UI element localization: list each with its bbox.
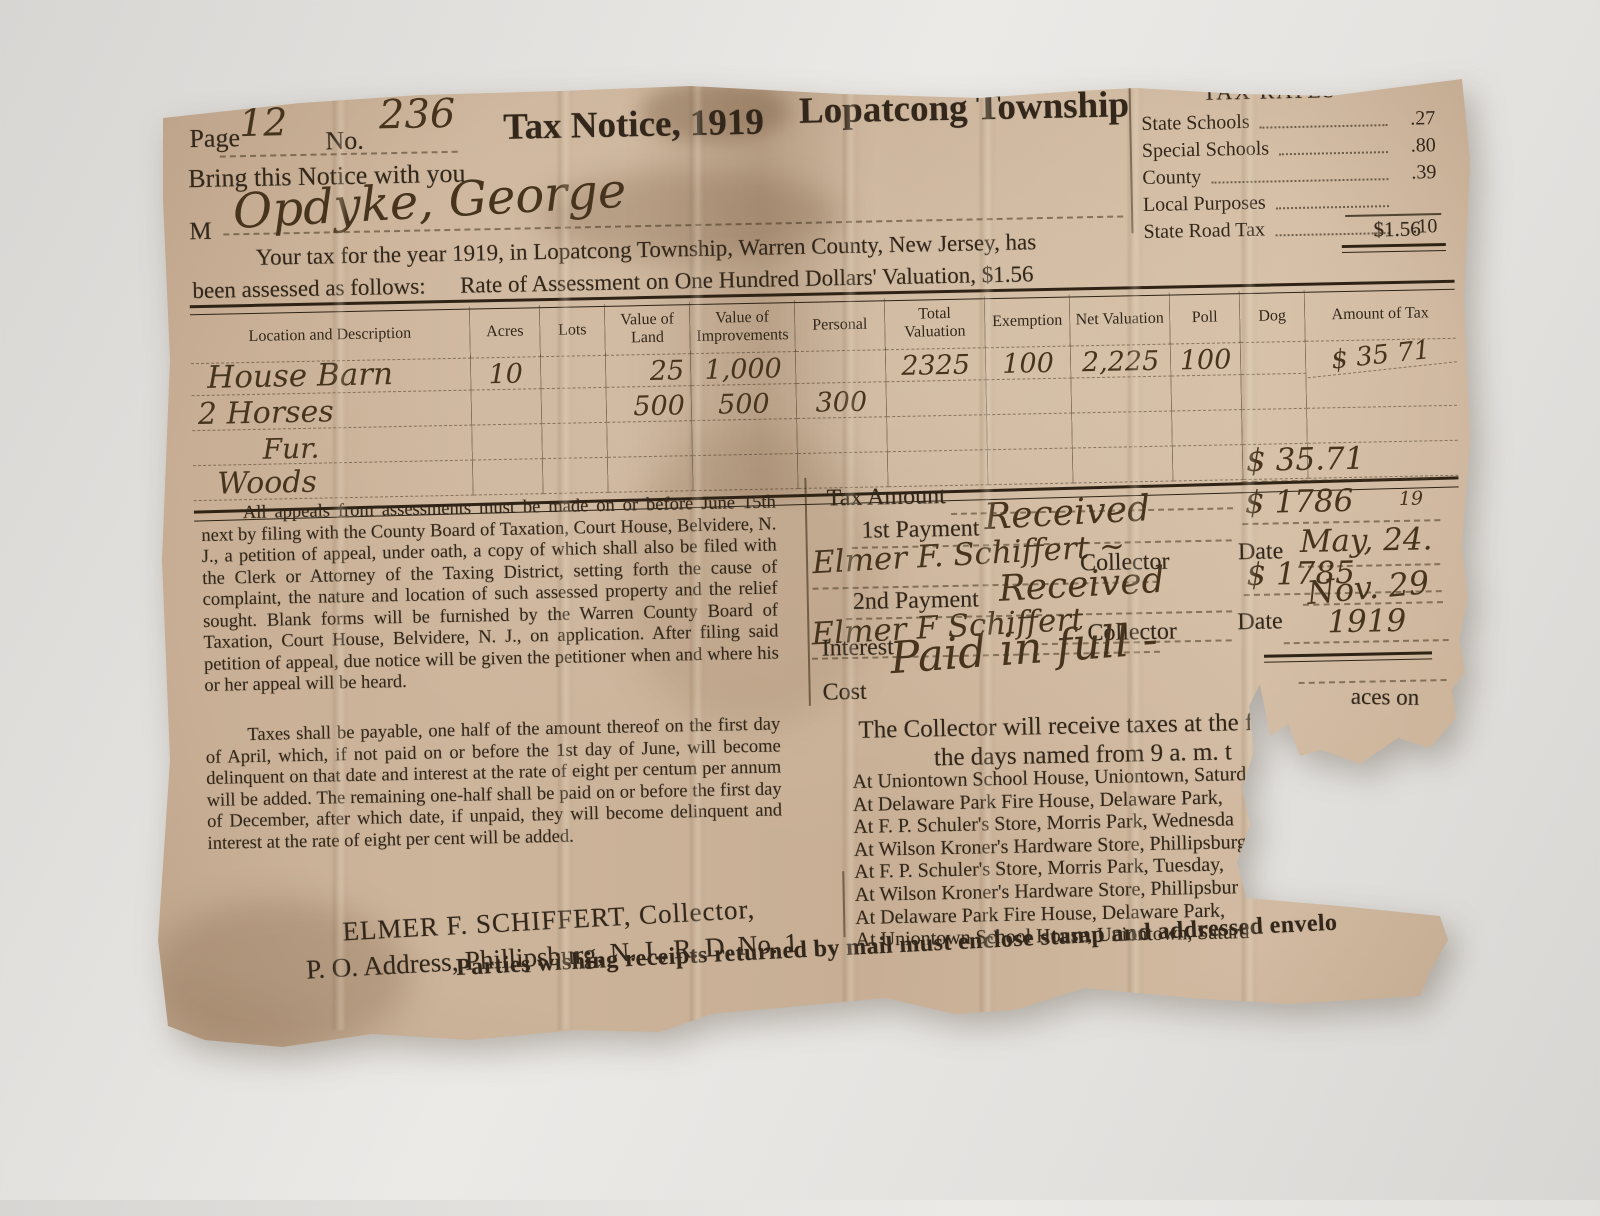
table-cell <box>1306 371 1457 409</box>
table-cell <box>543 458 609 494</box>
payment-divider <box>804 478 811 706</box>
first-payment-value: $ 1786 <box>1245 483 1354 521</box>
table-cell <box>692 419 798 456</box>
tax-rates-title: TAX RATES <box>1202 77 1337 106</box>
tax-rate-value: .80 <box>1396 134 1436 158</box>
page-label: Page <box>189 123 240 154</box>
table-cell <box>1071 377 1172 414</box>
table-header-cell: Exemption <box>985 295 1071 349</box>
table-cell: 25 <box>606 351 692 388</box>
paper-crease <box>843 80 857 1030</box>
name-prefix: M <box>189 218 212 246</box>
table-cell <box>1171 375 1242 411</box>
tax-rates-total: $1.56 <box>1373 216 1421 242</box>
dotted-leader <box>1276 205 1389 209</box>
table-cell <box>541 353 607 389</box>
table-cell: 2,225 <box>1071 342 1172 379</box>
paper-crease <box>1128 80 1142 1030</box>
table-header-cell: Acres <box>470 305 541 358</box>
table-cell: 500 <box>607 386 693 423</box>
table-cell <box>986 379 1072 416</box>
paper-crease <box>690 80 704 1030</box>
table-cell <box>1307 406 1458 444</box>
table-header-cell: Value of Land <box>605 302 691 356</box>
first-payment-sup: 19 <box>1399 487 1424 509</box>
first-payment-date: May, 24. <box>1299 521 1432 560</box>
dotted-leader <box>1260 124 1388 129</box>
tax-rate-label: State Schools <box>1141 111 1250 136</box>
payment-heavy-rule <box>1264 651 1432 662</box>
table-header-cell: Value of Improvements <box>690 300 796 354</box>
dashed-line <box>1284 639 1449 644</box>
table-cell <box>886 380 987 417</box>
document-paper: Page 12 No. 236 Bring this Notice with y… <box>0 0 1600 1200</box>
document-content: Page 12 No. 236 Bring this Notice with y… <box>0 0 1600 1200</box>
dotted-leader <box>1211 178 1388 184</box>
table-cell <box>887 415 988 452</box>
page-number: 12 <box>239 100 288 145</box>
paper-crease <box>980 80 994 1030</box>
table-cell: 10 <box>471 354 542 390</box>
torn-fragment: aces on <box>1351 684 1420 711</box>
dotted-leader <box>1275 232 1389 236</box>
table-cell <box>693 454 799 491</box>
table-cell: 100 <box>1171 340 1242 376</box>
tax-amount-value: $ 35.71 <box>1246 441 1365 479</box>
table-cell <box>888 450 989 487</box>
paper-crease <box>1242 80 1256 1030</box>
table-header-cell: Lots <box>540 304 606 357</box>
tax-rate-value: .27 <box>1395 107 1435 131</box>
table-cell <box>472 389 543 425</box>
table-cell: 2 Horses <box>192 391 473 432</box>
table-cell <box>987 414 1073 451</box>
table-header-cell: Total Valuation <box>885 296 986 350</box>
paper-crease <box>558 80 572 1030</box>
tax-rate-value: .39 <box>1396 161 1436 185</box>
table-cell <box>542 423 608 459</box>
table-cell <box>472 424 543 460</box>
table-cell: 300 <box>796 382 887 419</box>
table-cell <box>608 456 694 493</box>
table-cell <box>607 421 693 458</box>
dotted-leader <box>1279 151 1388 155</box>
tax-notice-sheet: Page 12 No. 236 Bring this Notice with y… <box>0 0 1600 1200</box>
table-cell <box>1173 445 1244 481</box>
table-cell <box>1172 410 1243 446</box>
table-cell: 100 <box>986 344 1072 381</box>
table-cell: 1,000 <box>691 349 797 386</box>
second-payment-year: 1919 <box>1327 603 1407 641</box>
document-title: Tax Notice, 1919 <box>503 101 765 149</box>
tax-rates-total-rule <box>1342 243 1446 253</box>
photo-background: Page 12 No. 236 Bring this Notice with y… <box>0 0 1600 1200</box>
table-header-cell: Poll <box>1170 291 1241 344</box>
table-cell: House Barn <box>191 356 472 397</box>
table-header-cell: Personal <box>795 298 886 352</box>
table-cell <box>988 449 1074 486</box>
table-cell <box>796 347 887 384</box>
table-cell <box>1072 412 1173 449</box>
tax-rate-label: County <box>1142 166 1201 190</box>
table-cell: 2325 <box>886 345 987 382</box>
notice-number: 236 <box>379 91 456 139</box>
table-cell: 500 <box>691 384 797 421</box>
table-cell <box>1073 446 1174 483</box>
table-cell <box>542 388 608 424</box>
table-header-cell: Net Valuation <box>1070 293 1171 347</box>
table-cell <box>473 459 544 495</box>
paper-crease <box>333 80 347 1030</box>
